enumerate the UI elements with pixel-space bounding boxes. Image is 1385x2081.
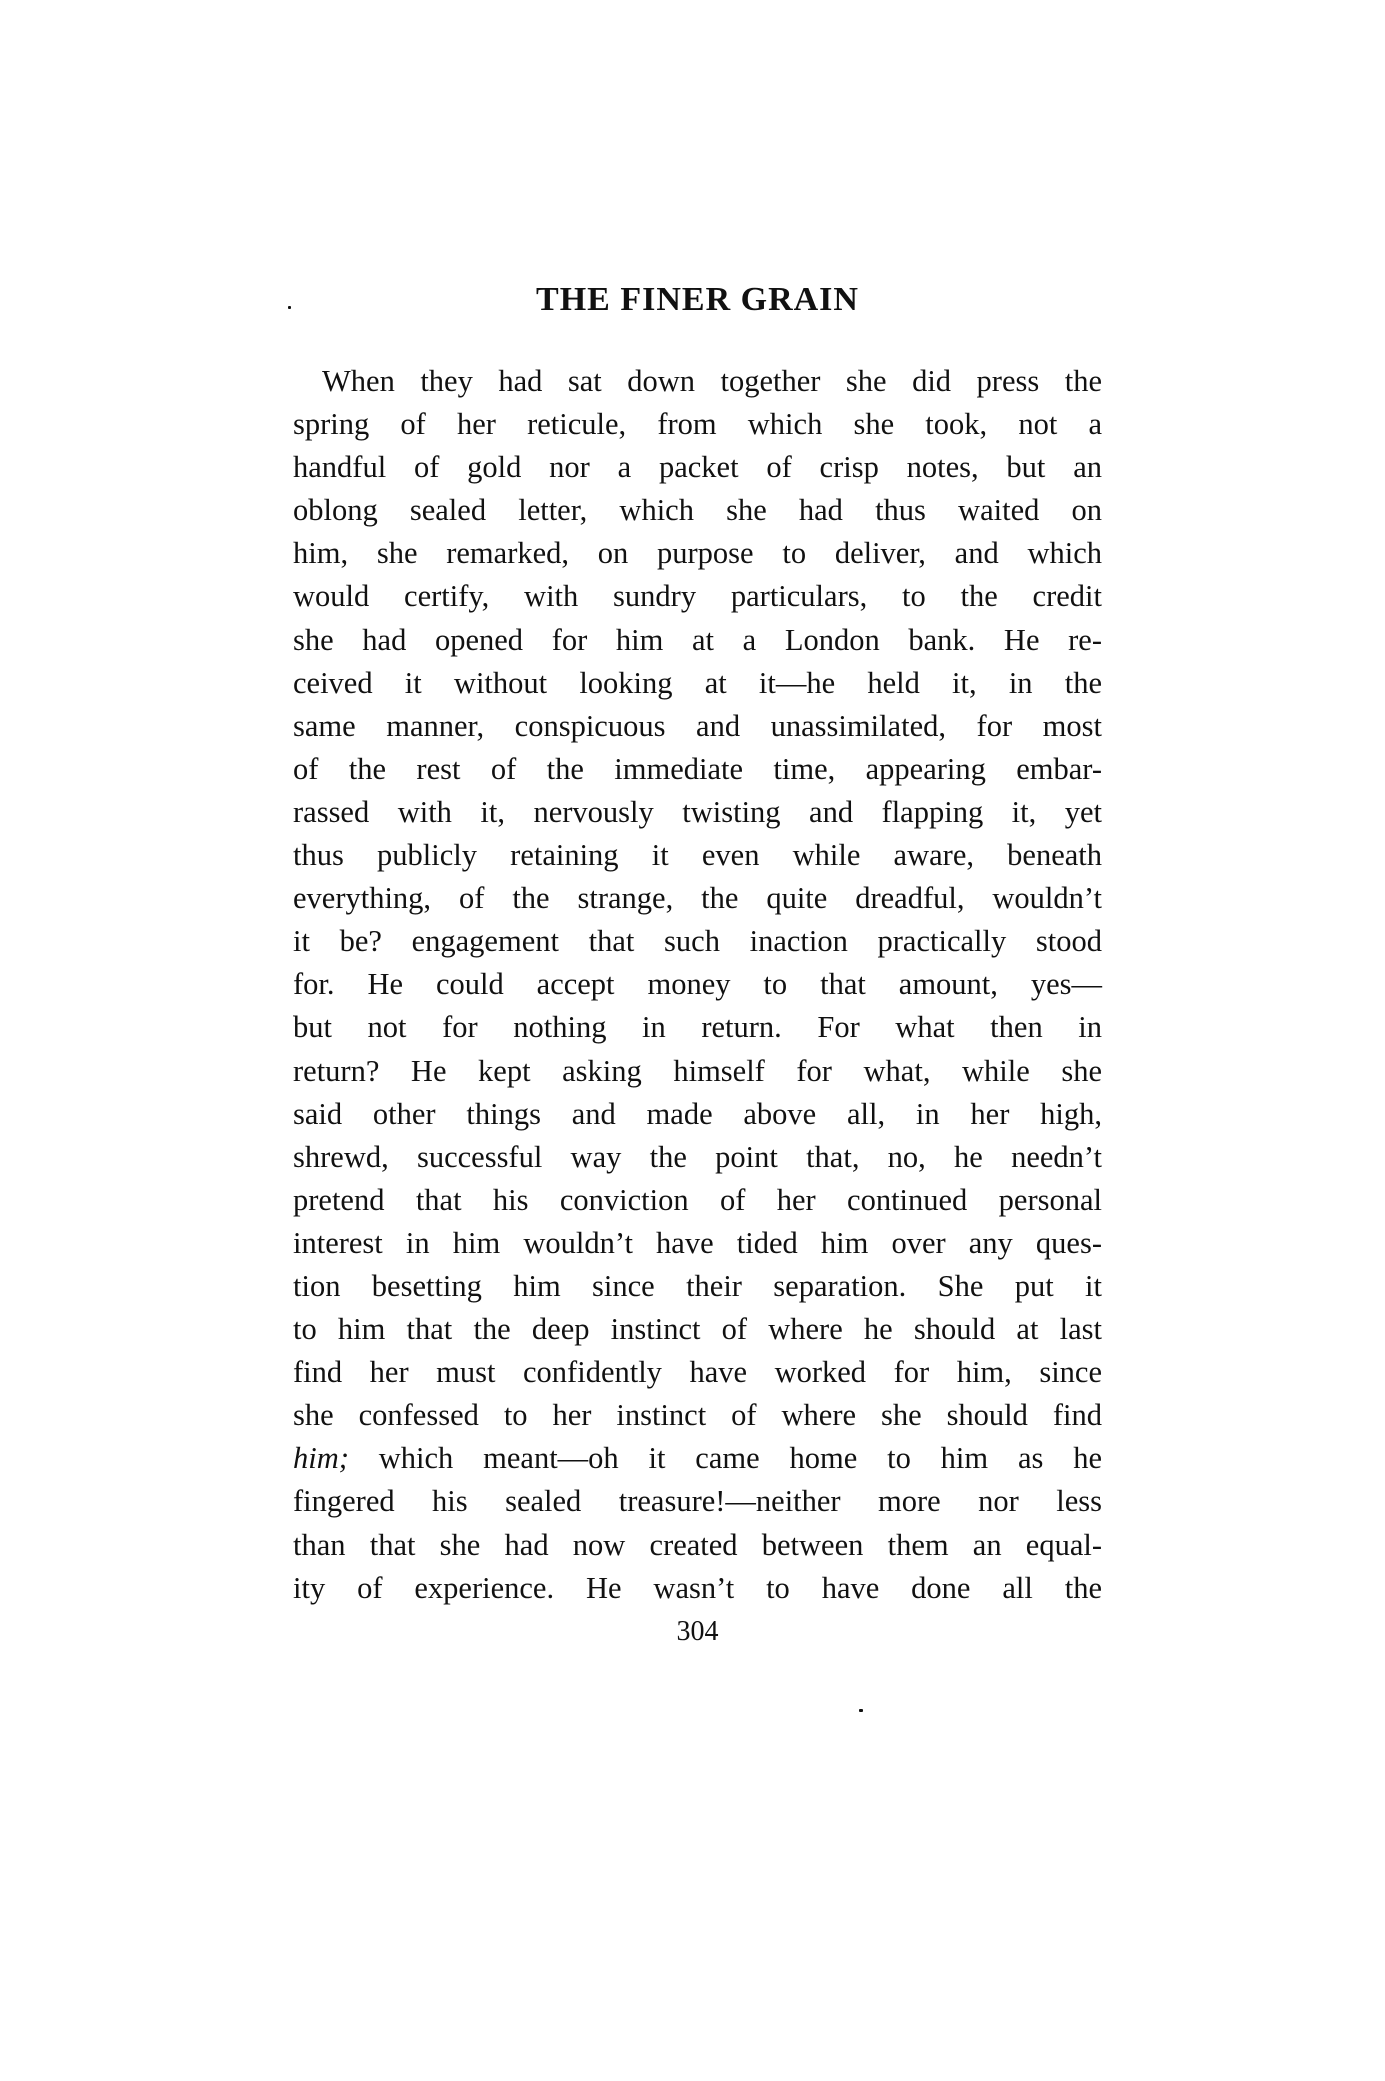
text-line: she confessed to her instinct of where s… [293,1394,1102,1437]
line-with-italic: him; which meant—oh it came home to him … [293,1437,1102,1480]
text-line: said other things and made above all, in… [293,1093,1102,1136]
running-head: THE FINER GRAIN [293,280,1102,320]
text-line: everything, of the strange, the quite dr… [293,877,1102,920]
text-line: interest in him wouldn’t have tided him … [293,1222,1102,1265]
text-line: spring of her reticule, from which she t… [293,403,1102,446]
text-line: it be? engagement that such inaction pra… [293,920,1102,963]
book-page: THE FINER GRAIN When they had sat down t… [0,0,1385,2081]
text-line: oblong sealed letter, which she had thus… [293,489,1102,532]
text-line: ity of experience. He wasn’t to have don… [293,1567,1102,1610]
text-line: him, she remarked, on purpose to deliver… [293,532,1102,575]
text-line: to him that the deep instinct of where h… [293,1308,1102,1351]
text-line: would certify, with sundry particulars, … [293,575,1102,618]
text-line: than that she had now created between th… [293,1524,1102,1567]
text-line: When they had sat down together she did … [293,360,1102,403]
text-line: fingered his sealed treasure!—neither mo… [293,1480,1102,1523]
text-line: him; which meant—oh it came home to him … [293,1437,1102,1480]
body-paragraph: When they had sat down together she did … [293,360,1102,1610]
italic-emphasis: him; [293,1441,349,1475]
text-line: same manner, conspicuous and unassimilat… [293,705,1102,748]
page-number: 304 [293,1614,1102,1650]
scan-speck [288,306,291,309]
text-line: thus publicly retaining it even while aw… [293,834,1102,877]
text-line: she had opened for him at a London bank.… [293,619,1102,662]
text-line: ceived it without looking at it—he held … [293,662,1102,705]
scan-speck [859,1709,863,1712]
text-line: return? He kept asking himself for what,… [293,1050,1102,1093]
text-line: but not for nothing in return. For what … [293,1006,1102,1049]
text-line: of the rest of the immediate time, appea… [293,748,1102,791]
text-line: shrewd, successful way the point that, n… [293,1136,1102,1179]
text-line: tion besetting him since their separatio… [293,1265,1102,1308]
text-line: handful of gold nor a packet of crisp no… [293,446,1102,489]
text-line: rassed with it, nervously twisting and f… [293,791,1102,834]
text-line: find her must confidently have worked fo… [293,1351,1102,1394]
text-line: for. He could accept money to that amoun… [293,963,1102,1006]
text-line: pretend that his conviction of her conti… [293,1179,1102,1222]
